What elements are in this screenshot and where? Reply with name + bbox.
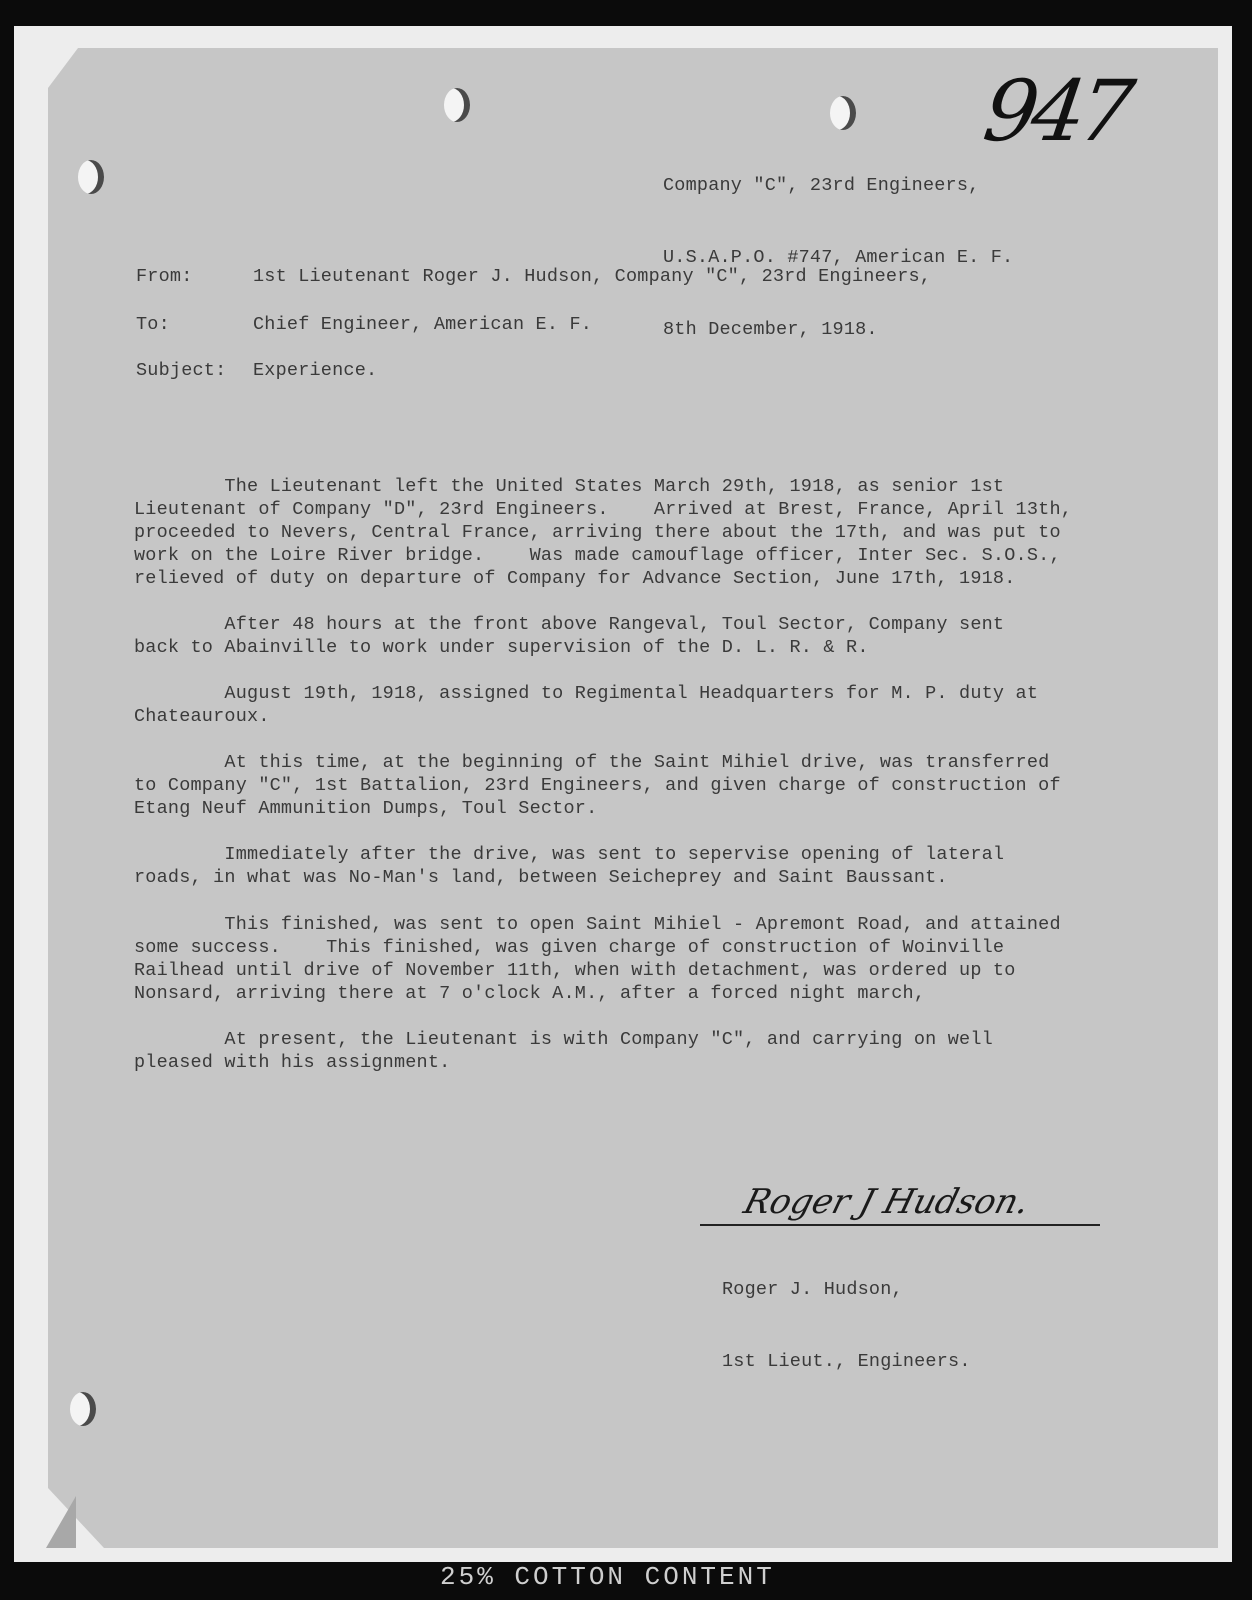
typed-title: 1st Lieut., Engineers. bbox=[722, 1350, 971, 1374]
letterhead-line-date: 8th December, 1918. bbox=[663, 318, 1013, 342]
body-line: Chateauroux. bbox=[134, 706, 270, 727]
signature-line bbox=[700, 1224, 1100, 1226]
body-line: This finished, was sent to open Saint Mi… bbox=[134, 914, 1061, 935]
body-line: Railhead until drive of November 11th, w… bbox=[134, 960, 1016, 981]
body-line: At present, the Lieutenant is with Compa… bbox=[134, 1029, 993, 1050]
memo-from-label: From: bbox=[136, 266, 193, 287]
body-line: to Company "C", 1st Battalion, 23rd Engi… bbox=[134, 775, 1061, 796]
body-line: Etang Neuf Ammunition Dumps, Toul Sector… bbox=[134, 798, 597, 819]
letterhead-block: Company "C", 23rd Engineers, U.S.A.P.O. … bbox=[663, 126, 1013, 366]
punch-hole-top-left bbox=[444, 88, 470, 122]
letter-body: The Lieutenant left the United States Ma… bbox=[134, 476, 1134, 1076]
body-line: August 19th, 1918, assigned to Regimenta… bbox=[134, 683, 1038, 704]
punch-hole-left-lower bbox=[70, 1392, 96, 1426]
signature-block: Roger J. Hudson, 1st Lieut., Engineers. bbox=[722, 1230, 971, 1398]
body-line: proceeded to Nevers, Central France, arr… bbox=[134, 522, 1061, 543]
memo-from-value: 1st Lieutenant Roger J. Hudson, Company … bbox=[253, 266, 931, 287]
punch-hole-left-upper bbox=[78, 160, 104, 194]
letterhead-line-unit: Company "C", 23rd Engineers, bbox=[663, 174, 1013, 198]
body-line: At this time, at the beginning of the Sa… bbox=[134, 752, 1049, 773]
typed-name: Roger J. Hudson, bbox=[722, 1278, 971, 1302]
body-line: back to Abainville to work under supervi… bbox=[134, 637, 869, 658]
memo-subject-label: Subject: bbox=[136, 360, 226, 381]
body-line: work on the Loire River bridge. Was made… bbox=[134, 545, 1061, 566]
body-line: The Lieutenant left the United States Ma… bbox=[134, 476, 1004, 497]
punch-hole-top-right bbox=[830, 96, 856, 130]
handwritten-signature: Roger J Hudson. bbox=[740, 1182, 1034, 1222]
body-line: Nonsard, arriving there at 7 o'clock A.M… bbox=[134, 983, 925, 1004]
body-line: pleased with his assignment. bbox=[134, 1052, 450, 1073]
memo-to-label: To: bbox=[136, 314, 170, 335]
paper-watermark: 25% COTTON CONTENT bbox=[440, 1562, 775, 1592]
body-line: Lieutenant of Company "D", 23rd Engineer… bbox=[134, 499, 1072, 520]
body-line: After 48 hours at the front above Rangev… bbox=[134, 614, 1004, 635]
body-line: relieved of duty on departure of Company… bbox=[134, 568, 1016, 589]
memo-to-value: Chief Engineer, American E. F. bbox=[253, 314, 592, 335]
folded-corner bbox=[46, 1496, 76, 1548]
body-line: some success. This finished, was given c… bbox=[134, 937, 1004, 958]
body-line: Immediately after the drive, was sent to… bbox=[134, 844, 1004, 865]
body-line: roads, in what was No-Man's land, betwee… bbox=[134, 867, 948, 888]
memo-subject-value: Experience. bbox=[253, 360, 377, 381]
